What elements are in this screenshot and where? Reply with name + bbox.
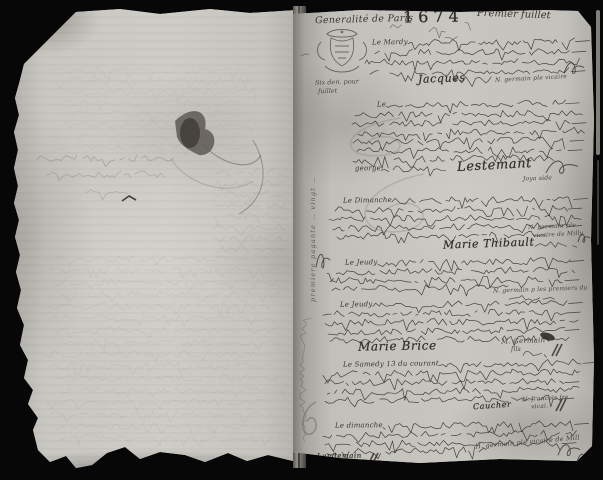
right-page-surface: Generalité de Paris 1674 Premier fuillet… (295, 10, 595, 466)
left-page-ghosts (13, 8, 295, 470)
manuscript-scan: Generalité de Paris 1674 Premier fuillet… (0, 0, 603, 480)
flourish-loop (576, 454, 592, 464)
small-ink-flick (121, 194, 139, 204)
next-page-edge (596, 10, 600, 155)
pen-stroke-curve (223, 138, 273, 220)
next-page-edge-lower (597, 160, 599, 245)
signature-name: Lendemain (317, 452, 362, 461)
register-entry: Le dimancheLendemainH. germain ple vicai… (295, 10, 595, 466)
bleed-through-row (60, 434, 285, 453)
left-page (10, 6, 297, 472)
legible-fragment: Le dimanche (335, 421, 383, 430)
right-page: Generalité de Paris 1674 Premier fuillet… (293, 8, 595, 466)
bleed-through-row (47, 170, 167, 189)
bleed-through-row (215, 245, 287, 264)
flourish-slash (365, 452, 379, 466)
left-page-surface (13, 8, 295, 470)
register-entries: Le MardyJacquesN. germain ple vicaireLeg… (295, 10, 595, 466)
